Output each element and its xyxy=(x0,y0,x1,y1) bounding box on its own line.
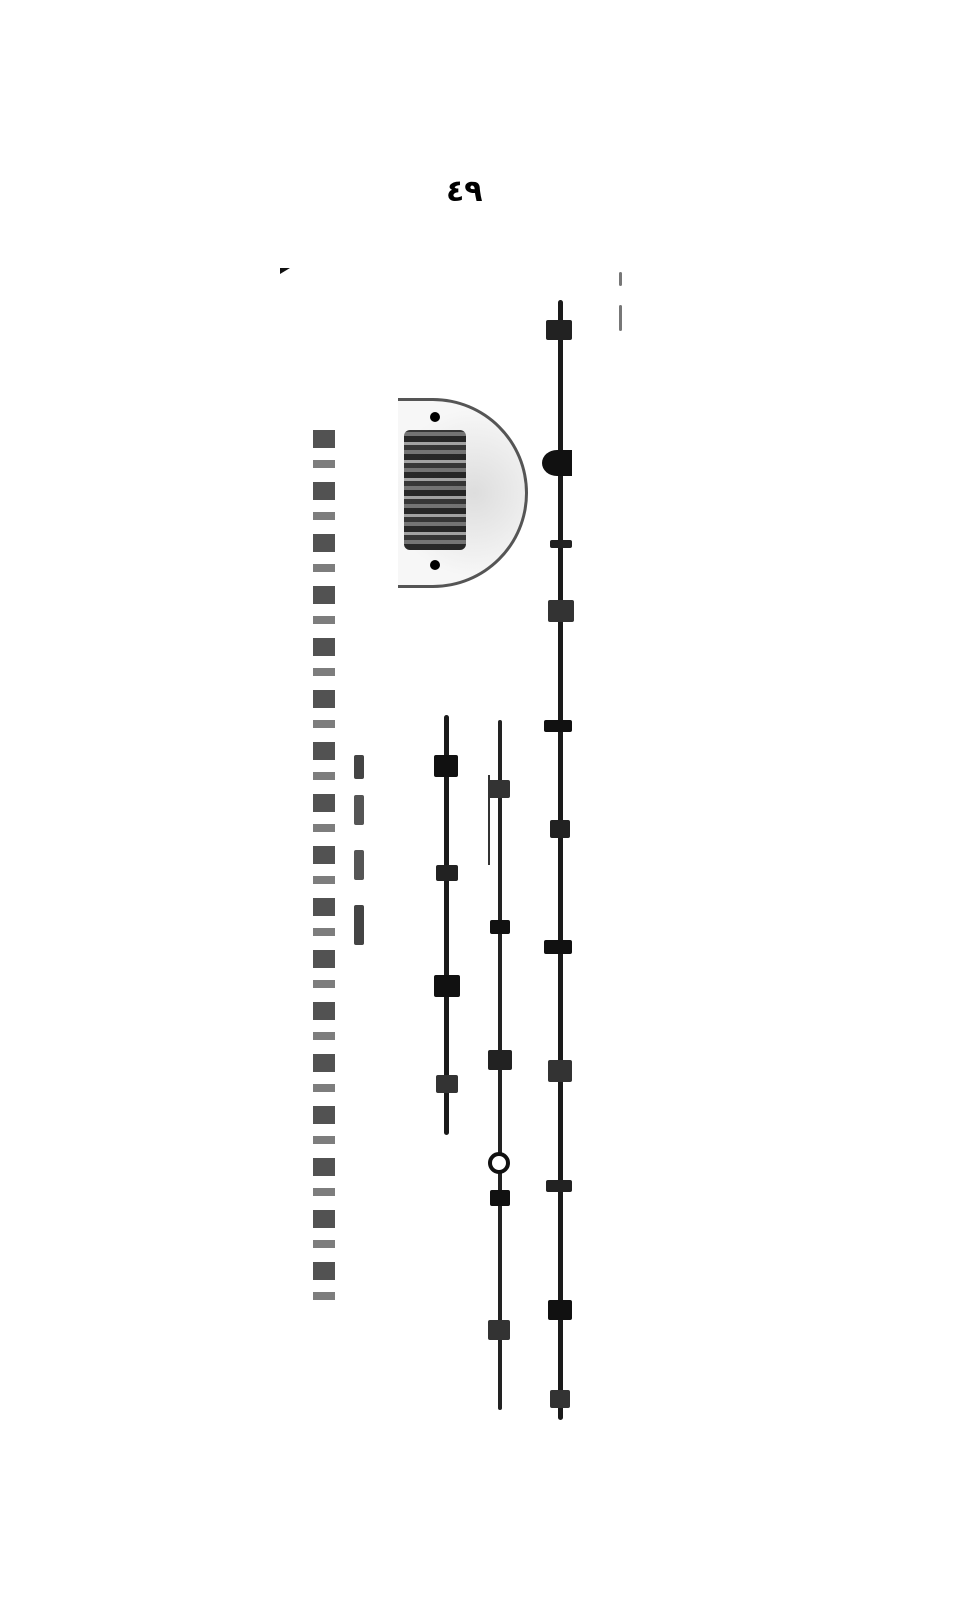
page-number: ٤٩ xyxy=(446,174,483,209)
document-page: ٤٩ xyxy=(0,0,960,1615)
edge-mark xyxy=(619,272,622,286)
main-handwritten-line xyxy=(540,300,580,1420)
seal-inscription xyxy=(404,430,466,550)
secondary-handwritten-line xyxy=(432,715,462,1135)
ring-mark xyxy=(488,1152,510,1174)
signature-line xyxy=(352,755,366,950)
seal-dot xyxy=(430,560,440,570)
edge-mark xyxy=(619,305,622,331)
seal-stamp xyxy=(398,398,528,588)
footer-handwritten-line xyxy=(313,430,335,1310)
seal-dot xyxy=(430,412,440,422)
date-underline xyxy=(488,775,490,865)
secondary-handwritten-line xyxy=(486,720,514,1410)
corner-mark xyxy=(280,268,290,274)
